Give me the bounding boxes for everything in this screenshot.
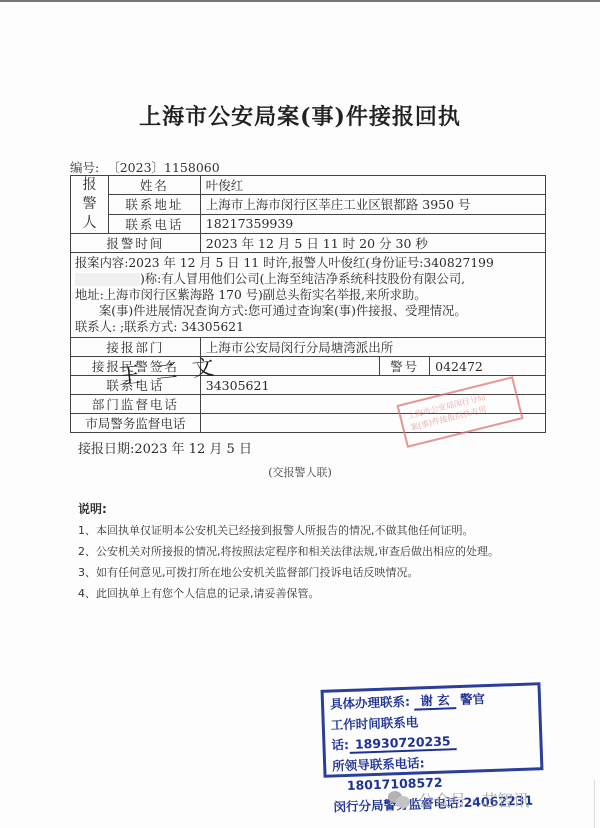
reporter-group-label: 报 警 人 xyxy=(71,176,109,234)
address-value: 上海市上海市闵行区莘庄工业区银都路 3950 号 xyxy=(200,195,545,214)
dept-value: 上海市公安局闵行分局塘湾派出所 xyxy=(200,338,545,357)
address-label: 联系地址 xyxy=(108,195,200,214)
serial-value: 〔2023〕1158060 xyxy=(107,160,219,175)
edge-divider xyxy=(594,780,595,828)
redaction-block xyxy=(75,273,140,286)
case-content-line: 地址:上海市闵行区紫海路 170 号)副总头衔实名举报,来所求助。 xyxy=(75,287,541,303)
city-supervise-label: 市局警务监督电话 xyxy=(71,414,201,433)
reporter-phone-label: 联系电话 xyxy=(108,214,200,233)
badge-label: 警号 xyxy=(380,357,430,376)
serial-label: 编号: xyxy=(70,160,99,175)
case-content-line: 联系人: ;联系方式: 34305621 xyxy=(75,319,541,335)
note-item: 4、此回执单上有您个人信息的记录,请妥善保管。 xyxy=(78,583,499,604)
wechat-icon xyxy=(388,791,410,809)
badge-value: 042472 xyxy=(430,357,546,376)
reporter-phone-value: 18217359939 xyxy=(200,214,545,233)
receipt-date: 接报日期:2023 年 12 月 5 日 xyxy=(78,438,252,457)
watermark-text: 公众号 · 芯智讯 xyxy=(418,788,529,811)
dept-supervise-label: 部门监督电话 xyxy=(71,395,201,414)
notes-title: 说明: xyxy=(78,500,107,517)
copy-note: (交报警人联) xyxy=(0,464,600,480)
name-label: 姓名 xyxy=(108,176,200,195)
contact-name: 谢 玄 xyxy=(414,692,456,710)
watermark: 公众号 · 芯智讯 xyxy=(388,788,529,811)
notes-list: 1、本回执单仅证明本公安机关已经接到报警人所报告的情况,不做其他任何证明。 2、… xyxy=(78,520,499,604)
note-item: 1、本回执单仅证明本公安机关已经接到报警人所报告的情况,不做其他任何证明。 xyxy=(78,520,499,541)
case-content-line: )称:有人冒用他们公司(上海至纯洁净系统科技股份有限公司, xyxy=(75,271,541,287)
case-content-line: 报案内容:2023 年 12 月 5 日 11 时许,报警人叶俊红(身份证号:3… xyxy=(75,255,541,271)
case-content-line: 案(事)件进展情况查询方式:您可通过查询案(事)件接报、受理情况。 xyxy=(75,303,541,319)
report-time-value: 2023 年 12 月 5 日 11 时 20 分 30 秒 xyxy=(200,234,545,253)
note-item: 3、如有任何意见,可拨打所在地公安机关监督部门投诉电话反映情况。 xyxy=(78,562,499,583)
note-item: 2、公安机关对所接报的情况,将按照法定程序和相关法律法规,审查后做出相应的处理。 xyxy=(78,541,499,562)
document-title: 上海市公安局案(事)件接报回执 xyxy=(0,100,600,131)
case-content: 报案内容:2023 年 12 月 5 日 11 时许,报警人叶俊红(身份证号:3… xyxy=(71,253,546,338)
report-time-label: 报警时间 xyxy=(71,234,201,253)
officer-signature-cell xyxy=(200,357,379,376)
serial-number: 编号:〔2023〕1158060 xyxy=(70,158,228,176)
name-value: 叶俊红 xyxy=(200,176,545,195)
top-edge-line xyxy=(0,0,600,2)
work-phone-line: 工作时间联系电话:18930720235 xyxy=(330,708,533,756)
blue-contact-stamp: 具体办理联系: 谢 玄 警官 工作时间联系电话:18930720235 所领导联… xyxy=(321,682,544,778)
work-phone: 18930720235 xyxy=(349,733,457,754)
